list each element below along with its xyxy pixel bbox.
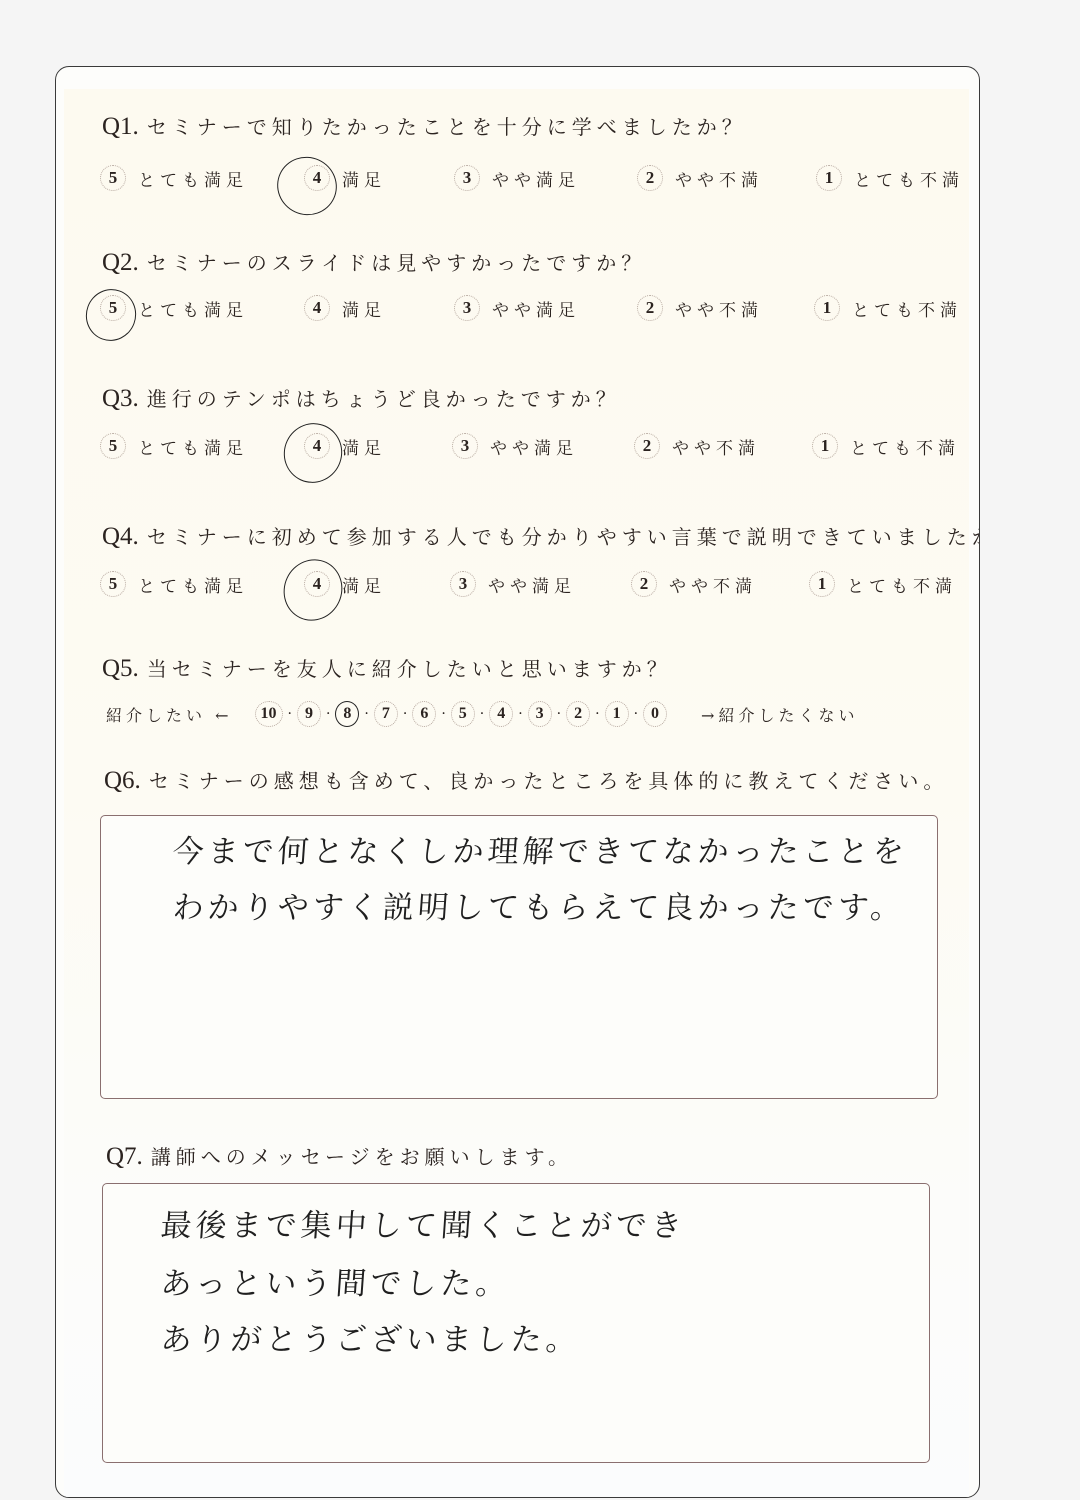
option-number-badge: 4 [304, 433, 330, 459]
question-text: 当セミナーを友人に紹介したいと思いますか？ [147, 657, 672, 681]
q4-option-2[interactable]: 2やや不満 [631, 571, 757, 597]
handwritten-line: 今まで何となくしか理解できてなかったことを [171, 826, 909, 871]
question-text: セミナーに初めて参加する人でも分かりやすい言葉で説明できていましたか？ [147, 525, 980, 549]
question-5-title: Q5.当セミナーを友人に紹介したいと思いますか？ [102, 653, 672, 683]
option-label: とても不満 [852, 296, 962, 321]
question-text: 進行のテンポはちょうど良かったですか？ [147, 387, 621, 411]
separator-dot: · [518, 706, 522, 722]
question-number: Q2. [102, 249, 139, 276]
option-number-badge: 1 [809, 571, 835, 597]
option-number-badge: 5 [100, 295, 126, 321]
question-1-options: 5とても満足 4満足 3やや満足 2やや不満 1とても不満 [64, 165, 969, 199]
option-number-badge: 4 [304, 571, 330, 597]
option-number-badge: 2 [637, 165, 663, 191]
question-number: Q6. [104, 767, 141, 794]
option-number-badge: 3 [454, 165, 480, 191]
option-label: とても不満 [847, 572, 957, 597]
scale-option-10[interactable]: 10 [255, 701, 283, 727]
option-number-badge: 3 [450, 571, 476, 597]
question-2-options: 5とても満足 4満足 3やや満足 2やや不満 1とても不満 [64, 295, 969, 329]
handwritten-line: ありがとうございました。 [159, 1314, 582, 1359]
q3-option-1[interactable]: 1とても不満 [812, 433, 960, 459]
option-label: とても不満 [850, 434, 960, 459]
question-number: Q7. [106, 1143, 143, 1170]
option-label: やや不満 [675, 296, 763, 321]
question-text: セミナーの感想も含めて、良かったところを具体的に教えてください。 [149, 769, 949, 793]
option-number-badge: 2 [637, 295, 663, 321]
option-number-badge: 4 [304, 295, 330, 321]
option-label: やや満足 [492, 296, 580, 321]
option-number-badge: 1 [812, 433, 838, 459]
question-text: セミナーで知りたかったことを十分に学べましたか？ [147, 115, 747, 139]
question-3-title: Q3.進行のテンポはちょうど良かったですか？ [102, 383, 621, 413]
option-label: やや不満 [672, 434, 760, 459]
question-1-title: Q1.セミナーで知りたかったことを十分に学べましたか？ [102, 111, 747, 141]
handwritten-line: あっという間でした。 [159, 1258, 512, 1303]
option-number-badge: 2 [631, 571, 657, 597]
q2-option-2[interactable]: 2やや不満 [637, 295, 763, 321]
scale-option-1[interactable]: 1 [605, 701, 629, 727]
scale-option-6[interactable]: 6 [412, 701, 436, 727]
q2-option-4[interactable]: 4満足 [304, 295, 386, 321]
separator-dot: · [326, 706, 330, 722]
question-number: Q5. [102, 655, 139, 682]
separator-dot: · [364, 706, 368, 722]
q2-option-3[interactable]: 3やや満足 [454, 295, 580, 321]
survey-sheet: Q1.セミナーで知りたかったことを十分に学べましたか？ 5とても満足 4満足 3… [64, 89, 969, 1497]
question-number: Q1. [102, 113, 139, 140]
recommend-scale: 紹介したい ← 10· 9· 8· 7· 6· 5· 4· 3· 2· 1· 0… [64, 697, 969, 731]
option-label: とても満足 [138, 296, 248, 321]
option-label: 満足 [342, 572, 386, 597]
scale-option-3[interactable]: 3 [528, 701, 552, 727]
option-label: とても満足 [138, 166, 248, 191]
q3-option-2[interactable]: 2やや不満 [634, 433, 760, 459]
question-number: Q3. [102, 385, 139, 412]
option-number-badge: 1 [816, 165, 842, 191]
handwritten-line: わかりやすく説明してもらえて良かったです。 [171, 882, 907, 927]
scale-option-9[interactable]: 9 [297, 701, 321, 727]
option-number-badge: 4 [304, 165, 330, 191]
separator-dot: · [634, 706, 638, 722]
option-number-badge: 3 [452, 433, 478, 459]
q4-option-3[interactable]: 3やや満足 [450, 571, 576, 597]
q1-option-5[interactable]: 5とても満足 [100, 165, 248, 191]
question-4-options: 5とても満足 4満足 3やや満足 2やや不満 1とても不満 [64, 571, 969, 605]
option-number-badge: 5 [100, 433, 126, 459]
option-label: 満足 [342, 434, 386, 459]
question-6-title: Q6.セミナーの感想も含めて、良かったところを具体的に教えてください。 [104, 765, 948, 795]
question-7-title: Q7.講師へのメッセージをお願いします。 [106, 1141, 573, 1171]
question-text: セミナーのスライドは見やすかったですか？ [147, 251, 646, 275]
scale-options: 10· 9· 8· 7· 6· 5· 4· 3· 2· 1· 0 [255, 701, 668, 727]
separator-dot: · [480, 706, 484, 722]
option-label: やや満足 [492, 166, 580, 191]
q2-option-5[interactable]: 5とても満足 [100, 295, 248, 321]
option-label: 満足 [342, 166, 386, 191]
option-label: とても満足 [138, 572, 248, 597]
q1-option-3[interactable]: 3やや満足 [454, 165, 580, 191]
q3-option-5[interactable]: 5とても満足 [100, 433, 248, 459]
option-number-badge: 2 [634, 433, 660, 459]
q4-option-4[interactable]: 4満足 [304, 571, 386, 597]
handwritten-line: 最後まで集中して聞くことができ [159, 1200, 687, 1245]
q1-option-1[interactable]: 1とても不満 [816, 165, 964, 191]
option-label: やや不満 [675, 166, 763, 191]
q1-option-4[interactable]: 4満足 [304, 165, 386, 191]
q1-option-2[interactable]: 2やや不満 [637, 165, 763, 191]
option-label: とても不満 [854, 166, 964, 191]
q7-answer-box[interactable]: 最後まで集中して聞くことができ あっという間でした。 ありがとうございました。 [102, 1183, 930, 1463]
question-3-options: 5とても満足 4満足 3やや満足 2やや不満 1とても不満 [64, 433, 969, 467]
question-4-title: Q4.セミナーに初めて参加する人でも分かりやすい言葉で説明できていましたか？ [102, 521, 980, 551]
scale-option-8[interactable]: 8 [335, 701, 359, 727]
scale-option-4[interactable]: 4 [489, 701, 513, 727]
scale-option-5[interactable]: 5 [451, 701, 475, 727]
question-text: 講師へのメッセージをお願いします。 [151, 1145, 573, 1169]
separator-dot: · [403, 706, 407, 722]
separator-dot: · [595, 706, 599, 722]
scale-left-label: 紹介したい ← [106, 703, 233, 726]
scale-option-2[interactable]: 2 [566, 701, 590, 727]
q3-option-3[interactable]: 3やや満足 [452, 433, 578, 459]
option-label: とても満足 [138, 434, 248, 459]
option-number-badge: 1 [814, 295, 840, 321]
option-label: 満足 [342, 296, 386, 321]
q3-option-4[interactable]: 4満足 [304, 433, 386, 459]
separator-dot: · [557, 706, 561, 722]
scale-option-7[interactable]: 7 [374, 701, 398, 727]
separator-dot: · [441, 706, 445, 722]
survey-card: Q1.セミナーで知りたかったことを十分に学べましたか？ 5とても満足 4満足 3… [55, 66, 980, 1498]
question-number: Q4. [102, 523, 139, 550]
option-label: やや満足 [488, 572, 576, 597]
option-label: やや満足 [490, 434, 578, 459]
q4-option-1[interactable]: 1とても不満 [809, 571, 957, 597]
q2-option-1[interactable]: 1とても不満 [814, 295, 962, 321]
q4-option-5[interactable]: 5とても満足 [100, 571, 248, 597]
option-number-badge: 5 [100, 571, 126, 597]
separator-dot: · [288, 706, 292, 722]
scale-right-label: →紹介したくない [701, 703, 858, 726]
option-number-badge: 5 [100, 165, 126, 191]
option-label: やや不満 [669, 572, 757, 597]
q6-answer-box[interactable]: 今まで何となくしか理解できてなかったことを わかりやすく説明してもらえて良かった… [100, 815, 938, 1099]
question-2-title: Q2.セミナーのスライドは見やすかったですか？ [102, 247, 646, 277]
option-number-badge: 3 [454, 295, 480, 321]
scale-option-0[interactable]: 0 [643, 701, 667, 727]
